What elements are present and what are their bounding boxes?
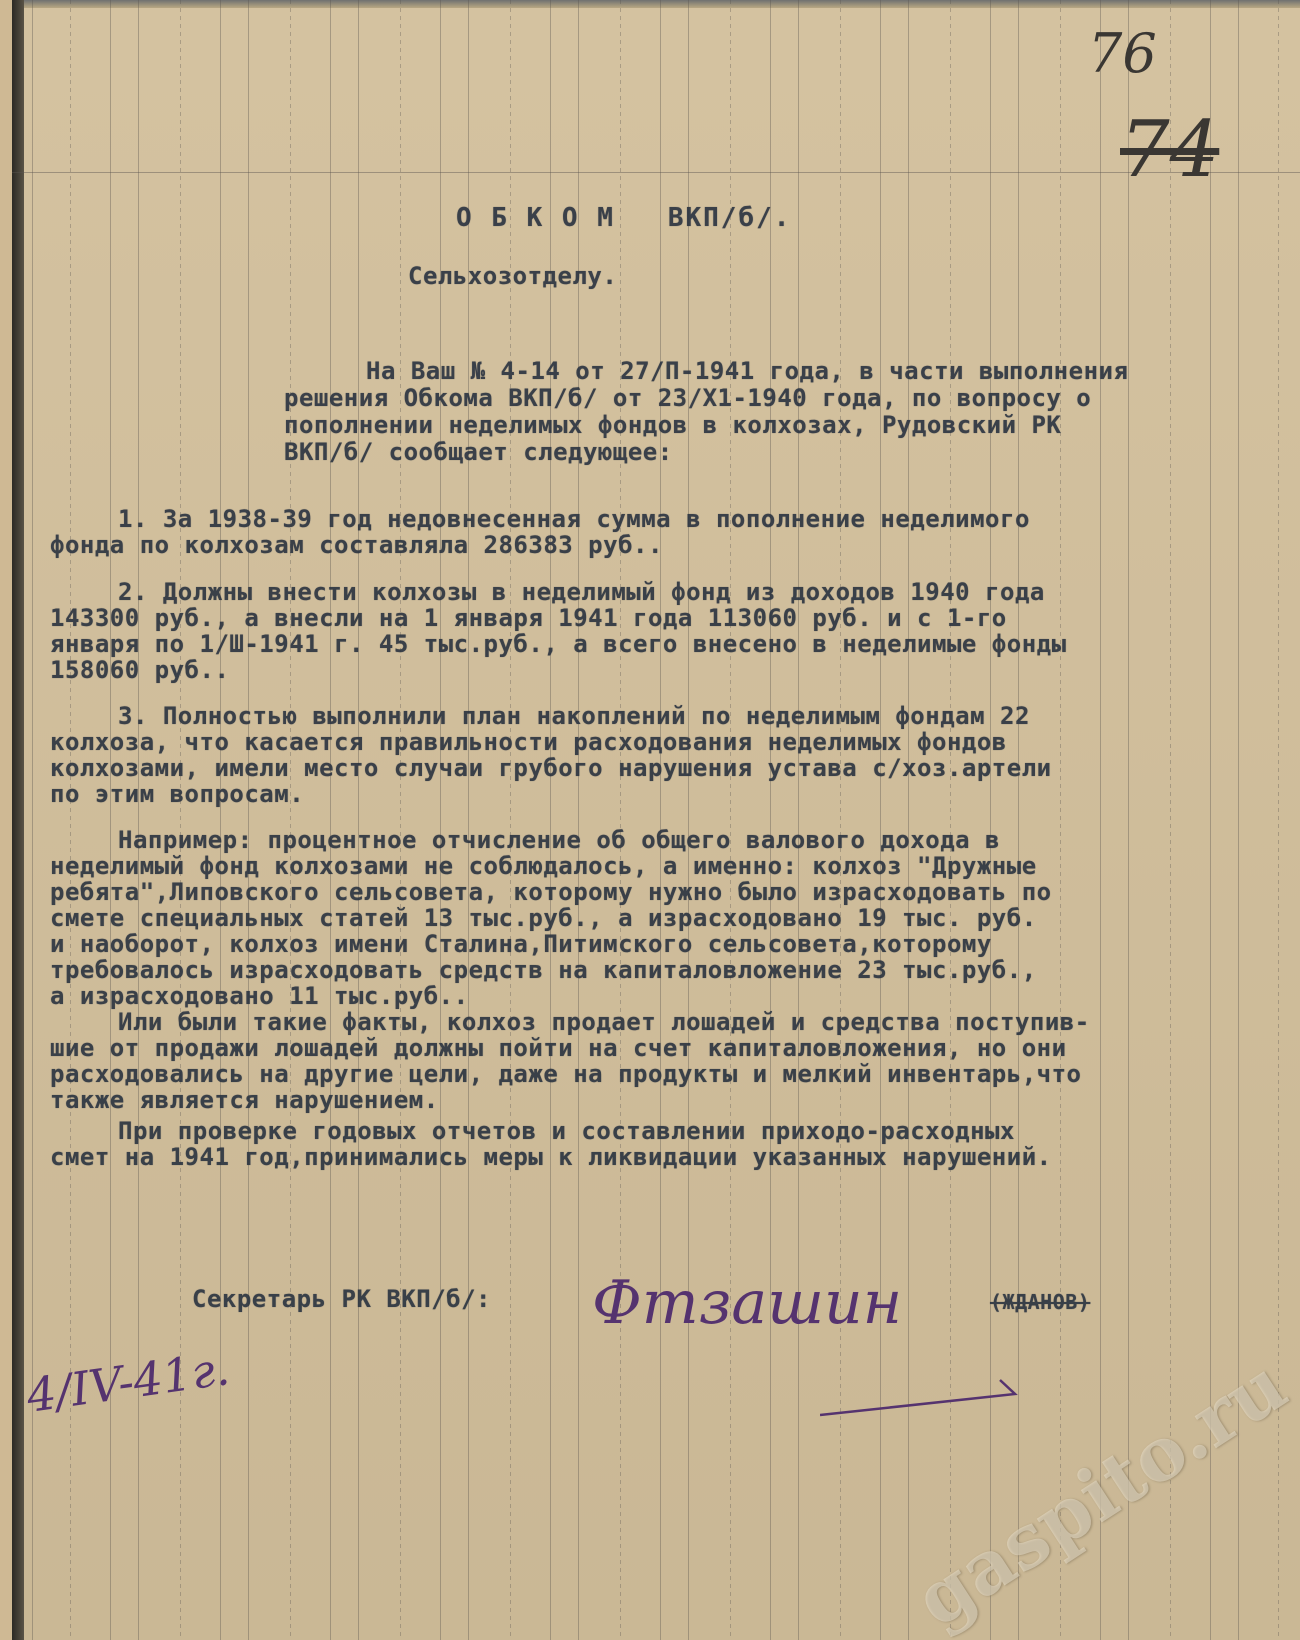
- example-line: неделимый фонд колхозами не соблюдалось,…: [50, 852, 1037, 880]
- example-line: также является нарушением.: [50, 1086, 439, 1114]
- item-line: фонда по колхозам составляла 286383 руб.…: [50, 531, 663, 559]
- ruling-line: [1060, 0, 1061, 1640]
- item-line: 1. За 1938-39 год недовнесенная сумма в …: [118, 505, 1030, 533]
- ruling-line: [248, 0, 249, 1640]
- intro-line: На Ваш № 4-14 от 27/П-1941 года, в части…: [366, 357, 1128, 385]
- ruling-line: [1170, 0, 1171, 1640]
- example-line: требовалось израсходовать средств на кап…: [50, 956, 1037, 984]
- example-line: расходовались на другие цели, даже на пр…: [50, 1060, 1082, 1088]
- signatory-title: Секретарь РК ВКП/б/:: [192, 1285, 491, 1313]
- ruling-line: [290, 0, 291, 1640]
- page-top-edge: [12, 0, 1300, 8]
- ruling-line: [798, 0, 799, 1640]
- ruling-line: [730, 0, 731, 1640]
- item-line: колхозами, имели место случаи грубого на…: [50, 754, 1052, 782]
- example-line: Или были такие факты, колхоз продает лош…: [118, 1008, 1090, 1036]
- archive-page-number-crossed: 74: [1120, 105, 1219, 195]
- example-line: шие от продажи лошадей должны пойти на с…: [50, 1034, 1067, 1062]
- item-line: 3. Полностью выполнили план накоплений п…: [118, 702, 1030, 730]
- item-line: колхоза, что касается правильности расхо…: [50, 728, 1007, 756]
- typed-signatory-name: (ЖДАНОВ): [990, 1290, 1090, 1314]
- item-line: 158060 руб..: [50, 656, 229, 684]
- ruling-line: [1128, 0, 1129, 1640]
- handwritten-signature: Фтзашин: [592, 1268, 902, 1338]
- ruling-line: [1100, 0, 1101, 1640]
- item-line: 2. Должны внести колхозы в неделимый фон…: [118, 578, 1045, 606]
- addressee-department: Сельхозотделу.: [408, 262, 617, 290]
- ruling-line: [510, 0, 511, 1640]
- example-line: и наоборот, колхоз имени Сталина,Питимск…: [50, 930, 992, 958]
- ruling-line: [770, 0, 771, 1640]
- ruling-line: [440, 0, 441, 1640]
- item-line: 143300 руб., а внесли на 1 января 1941 г…: [50, 604, 1007, 632]
- ruling-line: [400, 0, 401, 1640]
- ruling-line: [578, 0, 579, 1640]
- conclusion-line: При проверке годовых отчетов и составлен…: [118, 1117, 1015, 1145]
- ruling-line: [330, 0, 331, 1640]
- example-line: ребята",Липовского сельсовета, которому …: [50, 878, 1052, 906]
- page-binding-edge: [12, 0, 24, 1640]
- archive-page-number: 76: [1088, 22, 1157, 85]
- ruling-line: [550, 0, 551, 1640]
- ruling-horizontal-line: [12, 172, 1300, 173]
- ruling-line: [660, 0, 661, 1640]
- item-line: января по 1/Ш-1941 г. 45 тыс.руб., а все…: [50, 630, 1067, 658]
- example-line: смете специальных статей 13 тыс.руб., а …: [50, 904, 1037, 932]
- ruling-line: [358, 0, 359, 1640]
- example-line: Например: процентное отчисление об общег…: [118, 826, 1000, 854]
- signature-flourish: [820, 1370, 1020, 1420]
- addressee-organization: О Б К О М ВКП/б/.: [456, 203, 791, 233]
- intro-line: ВКП/б/ сообщает следующее:: [284, 438, 673, 466]
- intro-line: решения Обкома ВКП/б/ от 23/Х1-1940 года…: [284, 384, 1091, 412]
- ruling-line: [688, 0, 689, 1640]
- intro-line: пополнении неделимых фондов в колхозах, …: [284, 411, 1061, 439]
- ruling-line: [468, 0, 469, 1640]
- item-line: по этим вопросам.: [50, 780, 304, 808]
- conclusion-line: смет на 1941 год,принимались меры к ликв…: [50, 1143, 1052, 1171]
- example-line: а израсходовано 11 тыс.руб..: [50, 982, 469, 1010]
- ruling-line: [620, 0, 621, 1640]
